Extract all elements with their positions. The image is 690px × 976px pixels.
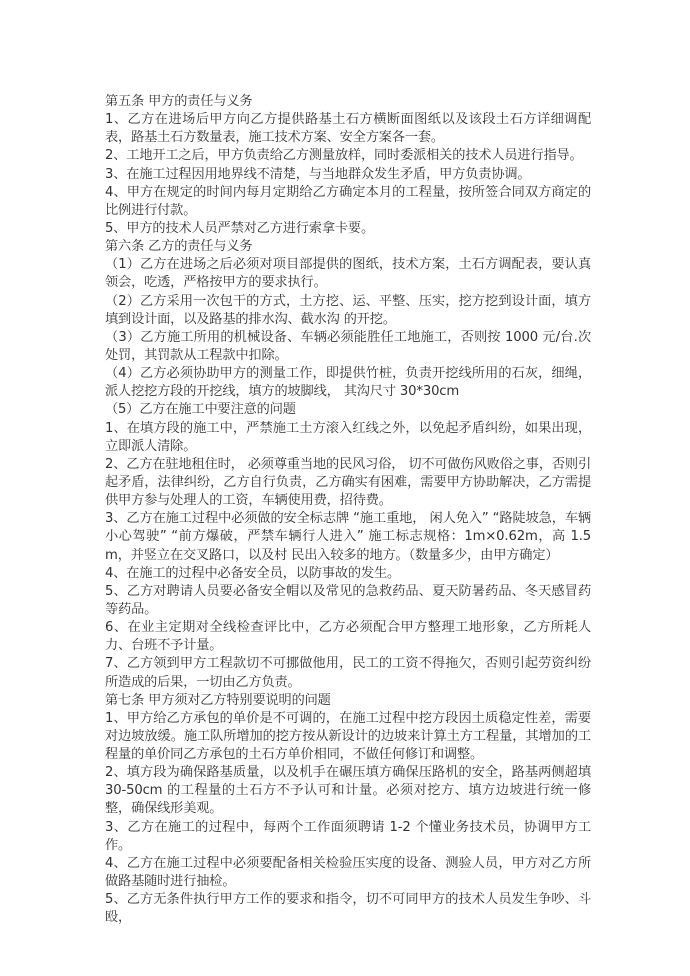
clause-paragraph: 3、乙方在施工过程中必须做的安全标志牌 “施工重地， 闲人免入” “路陡坡急，车… <box>105 510 591 564</box>
clause-paragraph: 7、乙方领到甲方工程款切不可挪做他用，民工的工资不得拖欠，否则引起劳资纠纷所造成… <box>105 655 591 691</box>
clause-paragraph: 4、在施工的过程中必备安全员，以防事故的发生。 <box>105 565 591 583</box>
clause-paragraph: 4、乙方在施工过程中必须要配备相关检验压实度的设备、测验人员，甲方对乙方所做路基… <box>105 855 591 891</box>
document-page: 第五条 甲方的责任与义务 1、乙方在进场后甲方向乙方提供路基土石方横断面图纸以及… <box>105 93 591 927</box>
clause-paragraph: 1、乙方在进场后甲方向乙方提供路基土石方横断面图纸以及该段土石方详细调配表，路基… <box>105 111 591 147</box>
clause-paragraph: 3、乙方在施工的过程中，每两个工作面须聘请 1-2 个懂业务技术员，协调甲方工作… <box>105 819 591 855</box>
clause-paragraph: 5、甲方的技术人员严禁对乙方进行索拿卡要。 <box>105 220 591 238</box>
clause-paragraph: 4、甲方在规定的时间内每月定期给乙方确定本月的工程量，按所签合同双方商定的比例进… <box>105 184 591 220</box>
section-7: 第七条 甲方须对乙方特别要说明的问题 1、甲方给乙方承包的单价是不可调的，在施工… <box>105 692 591 928</box>
clause-paragraph: 6、在业主定期对全线检查评比中，乙方必须配合甲方整理工地形象，乙方所耗人力、台班… <box>105 619 591 655</box>
section-6: 第六条 乙方的责任与义务 （1）乙方在进场之后必须对项目部提供的图纸，技术方案，… <box>105 238 591 692</box>
section-heading: 第六条 乙方的责任与义务 <box>105 238 591 256</box>
clause-paragraph: （1）乙方在进场之后必须对项目部提供的图纸，技术方案，土石方调配表，要认真领会，… <box>105 256 591 292</box>
clause-paragraph: 1、在填方段的施工中，严禁施工土方滚入红线之外，以免起矛盾纠纷，如果出现，立即派… <box>105 420 591 456</box>
clause-paragraph: （2）乙方采用一次包干的方式，土方挖、运、平整、压实，挖方挖到设计面，填方填到设… <box>105 293 591 329</box>
clause-paragraph: 5、乙方无条件执行甲方工作的要求和指令，切不可同甲方的技术人员发生争吵、斗殴， <box>105 891 591 927</box>
clause-paragraph: 5、乙方对聘请人员要必备安全帽以及常见的急救药品、夏天防暑药品、冬天感冒药等药品… <box>105 583 591 619</box>
clause-paragraph: （4）乙方必须协助甲方的测量工作，即提供竹桩，负责开挖线所用的石灰，细绳，派人挖… <box>105 365 591 401</box>
sub-heading: （5）乙方在施工中要注意的问题 <box>105 401 591 419</box>
clause-paragraph: 2、乙方在驻地租住时， 必须尊重当地的民风习俗， 切不可做伤风败俗之事，否则引起… <box>105 456 591 510</box>
section-5: 第五条 甲方的责任与义务 1、乙方在进场后甲方向乙方提供路基土石方横断面图纸以及… <box>105 93 591 238</box>
section-heading: 第五条 甲方的责任与义务 <box>105 93 591 111</box>
clause-paragraph: 1、甲方给乙方承包的单价是不可调的，在施工过程中挖方段因土质稳定性差，需要对边坡… <box>105 710 591 764</box>
section-heading: 第七条 甲方须对乙方特别要说明的问题 <box>105 692 591 710</box>
clause-paragraph: 2、填方段为确保路基质量，以及机手在碾压填方确保压路机的安全，路基两侧超填 30… <box>105 764 591 818</box>
clause-paragraph: （3）乙方施工所用的机械设备、车辆必须能胜任工地施工，否则按 1000 元/台.… <box>105 329 591 365</box>
clause-paragraph: 3、在施工过程因用地界线不清楚，与当地群众发生矛盾，甲方负责协调。 <box>105 166 591 184</box>
clause-paragraph: 2、工地开工之后，甲方负责给乙方测量放样，同时委派相关的技术人员进行指导。 <box>105 147 591 165</box>
